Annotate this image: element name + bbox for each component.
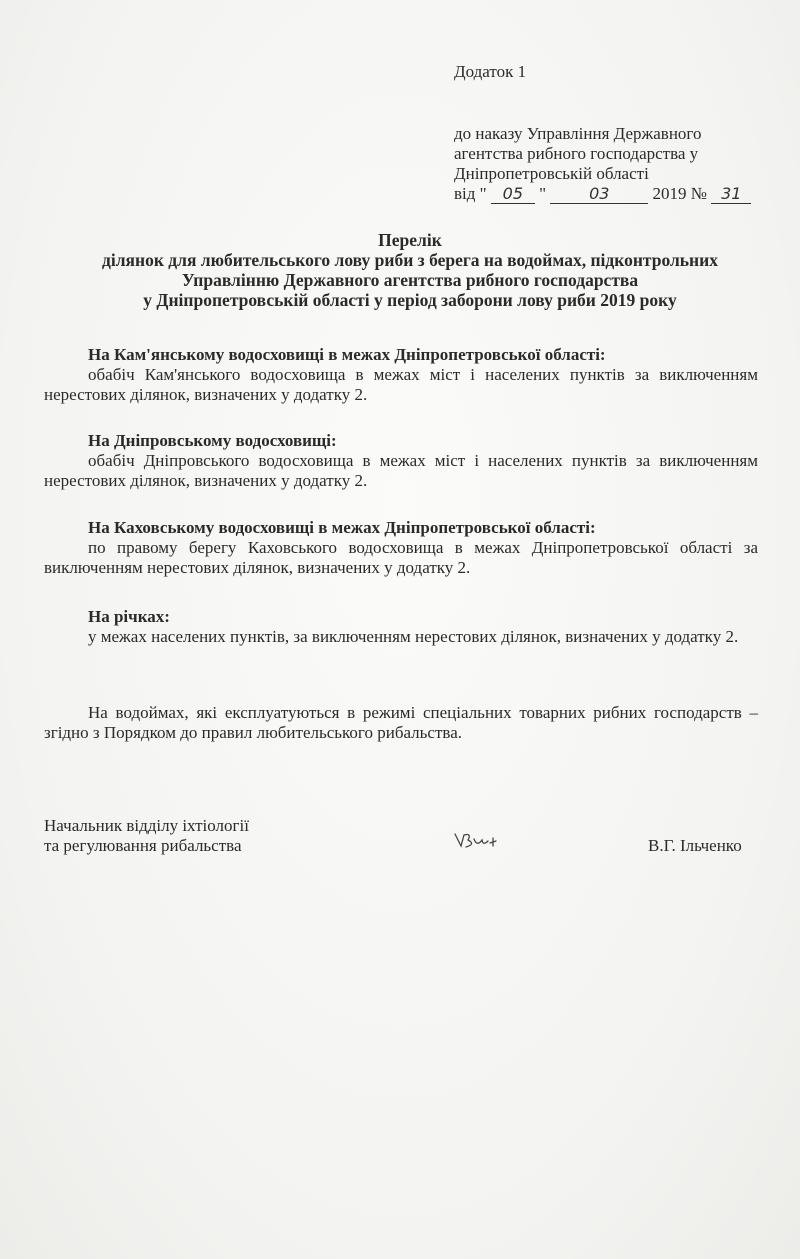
date-prefix: від " xyxy=(454,184,487,203)
position-line-1: Начальник відділу іхтіології xyxy=(44,816,249,836)
section-body: обабіч Дніпровського водосховища в межах… xyxy=(44,451,758,491)
year-and-number-label: 2019 № xyxy=(653,184,707,203)
title-line-4: у Дніпропетровській області у період заб… xyxy=(40,290,780,310)
section-rivers: На річках: у межах населених пунктів, за… xyxy=(44,607,758,647)
section-body: по правому берегу Каховського водосховищ… xyxy=(44,538,758,578)
order-date-line: від " 05 " 03 2019 № 31 xyxy=(454,184,751,204)
document-title: Перелік ділянок для любительського лову … xyxy=(40,230,780,310)
position-line-2: та регулювання рибальства xyxy=(44,836,249,856)
section-heading: На річках: xyxy=(44,607,758,627)
signatory-name: В.Г. Ільченко xyxy=(648,836,742,856)
handwritten-day: 05 xyxy=(491,185,535,204)
document-page: Додаток 1 до наказу Управління Державног… xyxy=(0,0,800,1259)
section-dnipro-reservoir: На Дніпровському водосховищі: обабіч Дні… xyxy=(44,431,758,491)
signatory-position: Начальник відділу іхтіології та регулюва… xyxy=(44,816,249,856)
order-line-3: Дніпропетровській області xyxy=(454,164,751,184)
section-kakhovka-reservoir: На Каховському водосховищі в межах Дніпр… xyxy=(44,518,758,578)
section-heading: На Дніпровському водосховищі: xyxy=(44,431,758,451)
title-line-1: Перелік xyxy=(40,230,780,250)
section-commercial-fisheries: На водоймах, які експлуатуються в режимі… xyxy=(44,703,758,743)
section-body: обабіч Кам'янського водосховища в межах … xyxy=(44,365,758,405)
handwritten-order-number: 31 xyxy=(711,185,751,204)
section-heading: На Каховському водосховищі в межах Дніпр… xyxy=(44,518,758,538)
section-kamianske-reservoir: На Кам'янському водосховищі в межах Дніп… xyxy=(44,345,758,405)
annex-header: Додаток 1 до наказу Управління Державног… xyxy=(454,62,751,204)
title-line-3: Управлінню Державного агентства рибного … xyxy=(40,270,780,290)
section-body: у межах населених пунктів, за виключення… xyxy=(44,627,758,647)
handwritten-month: 03 xyxy=(550,185,648,204)
title-line-2: ділянок для любительського лову риби з б… xyxy=(40,250,780,270)
annex-label: Додаток 1 xyxy=(454,62,751,82)
section-heading: На Кам'янському водосховищі в межах Дніп… xyxy=(44,345,758,365)
date-mid-quote: " xyxy=(539,184,546,203)
order-line-1: до наказу Управління Державного xyxy=(454,124,751,144)
order-line-2: агентства рибного господарства у xyxy=(454,144,751,164)
section-body: На водоймах, які експлуатуються в режимі… xyxy=(44,703,758,743)
handwritten-signature-icon xyxy=(452,830,512,852)
